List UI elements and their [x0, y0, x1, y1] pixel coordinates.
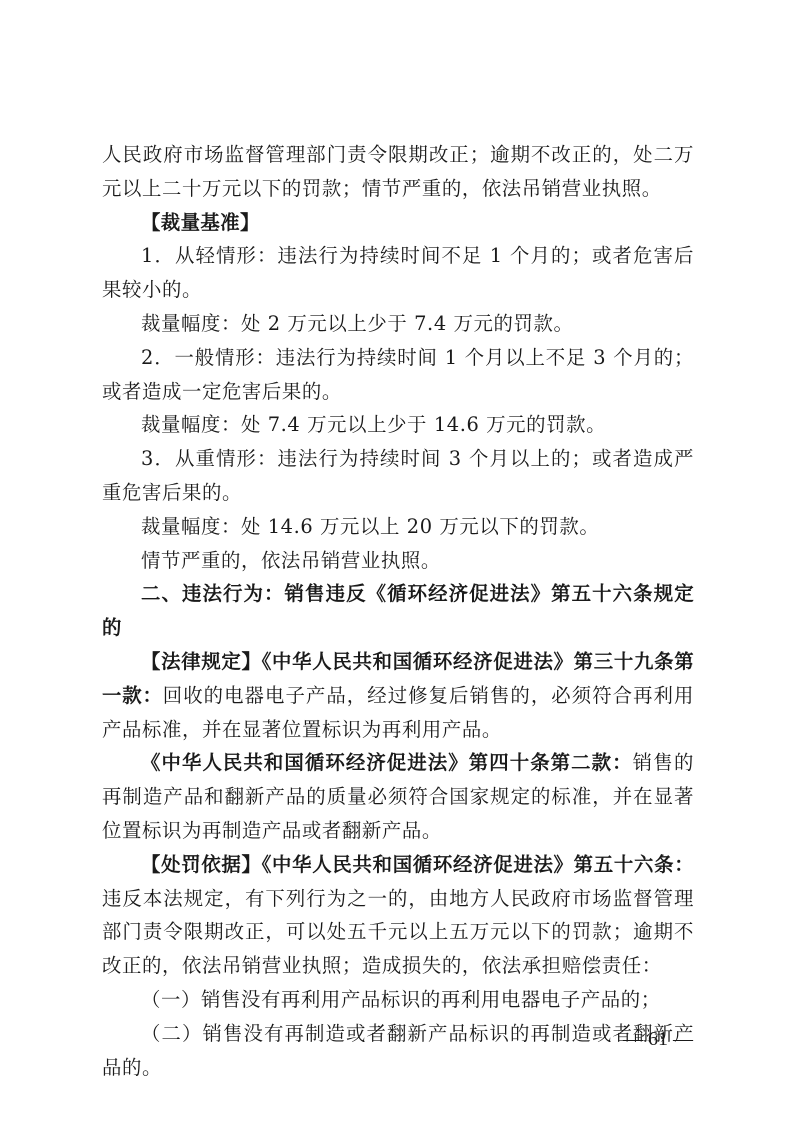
- paragraph-light-range: 裁量幅度：处 2 万元以上少于 7.4 万元的罚款。: [102, 307, 694, 341]
- article-forty-label: 《中华人民共和国循环经济促进法》第四十条第二款：: [141, 751, 633, 774]
- paragraph-heavy-circumstance: 3．从重情形：违法行为持续时间 3 个月以上的；或者造成严重危害后果的。: [102, 442, 694, 510]
- list-item-one: （一）销售没有再利用产品标识的再利用电器电子产品的；: [102, 983, 694, 1017]
- paragraph-serious-case: 情节严重的，依法吊销营业执照。: [102, 544, 694, 578]
- paragraph-legal-provision: 【法律规定】《中华人民共和国循环经济促进法》第三十九条第一款：回收的电器电子产品…: [102, 645, 694, 746]
- list-item-two: （二）销售没有再制造或者翻新产品标识的再制造或者翻新产品的。: [102, 1017, 694, 1085]
- paragraph-light-circumstance: 1．从轻情形：违法行为持续时间不足 1 个月的；或者危害后果较小的。: [102, 239, 694, 307]
- paragraph-heavy-range: 裁量幅度：处 14.6 万元以上 20 万元以下的罚款。: [102, 510, 694, 544]
- paragraph-continued-penalty: 人民政府市场监督管理部门责令限期改正；逾期不改正的，处二万元以上二十万元以下的罚…: [102, 138, 694, 206]
- penalty-basis-label: 【处罚依据】《中华人民共和国循环经济促进法》第五十六条：: [141, 853, 694, 876]
- page-number: — 61 —: [620, 1028, 696, 1051]
- heading-discretion-standard: 【裁量基准】: [102, 206, 694, 240]
- heading-violation-two: 二、违法行为：销售违反《循环经济促进法》第五十六条规定的: [102, 577, 694, 645]
- paragraph-penalty-basis: 【处罚依据】《中华人民共和国循环经济促进法》第五十六条：违反本法规定，有下列行为…: [102, 848, 694, 983]
- penalty-basis-text: 违反本法规定，有下列行为之一的，由地方人民政府市场监督管理部门责令限期改正，可以…: [102, 887, 694, 978]
- legal-provision-text: 回收的电器电子产品，经过修复后销售的，必须符合再利用产品标准，并在显著位置标识为…: [102, 684, 694, 741]
- paragraph-general-circumstance: 2．一般情形：违法行为持续时间 1 个月以上不足 3 个月的；或者造成一定危害后…: [102, 341, 694, 409]
- document-page: 人民政府市场监督管理部门责令限期改正；逾期不改正的，处二万元以上二十万元以下的罚…: [102, 138, 694, 1084]
- paragraph-general-range: 裁量幅度：处 7.4 万元以上少于 14.6 万元的罚款。: [102, 408, 694, 442]
- paragraph-article-forty: 《中华人民共和国循环经济促进法》第四十条第二款：销售的再制造产品和翻新产品的质量…: [102, 746, 694, 847]
